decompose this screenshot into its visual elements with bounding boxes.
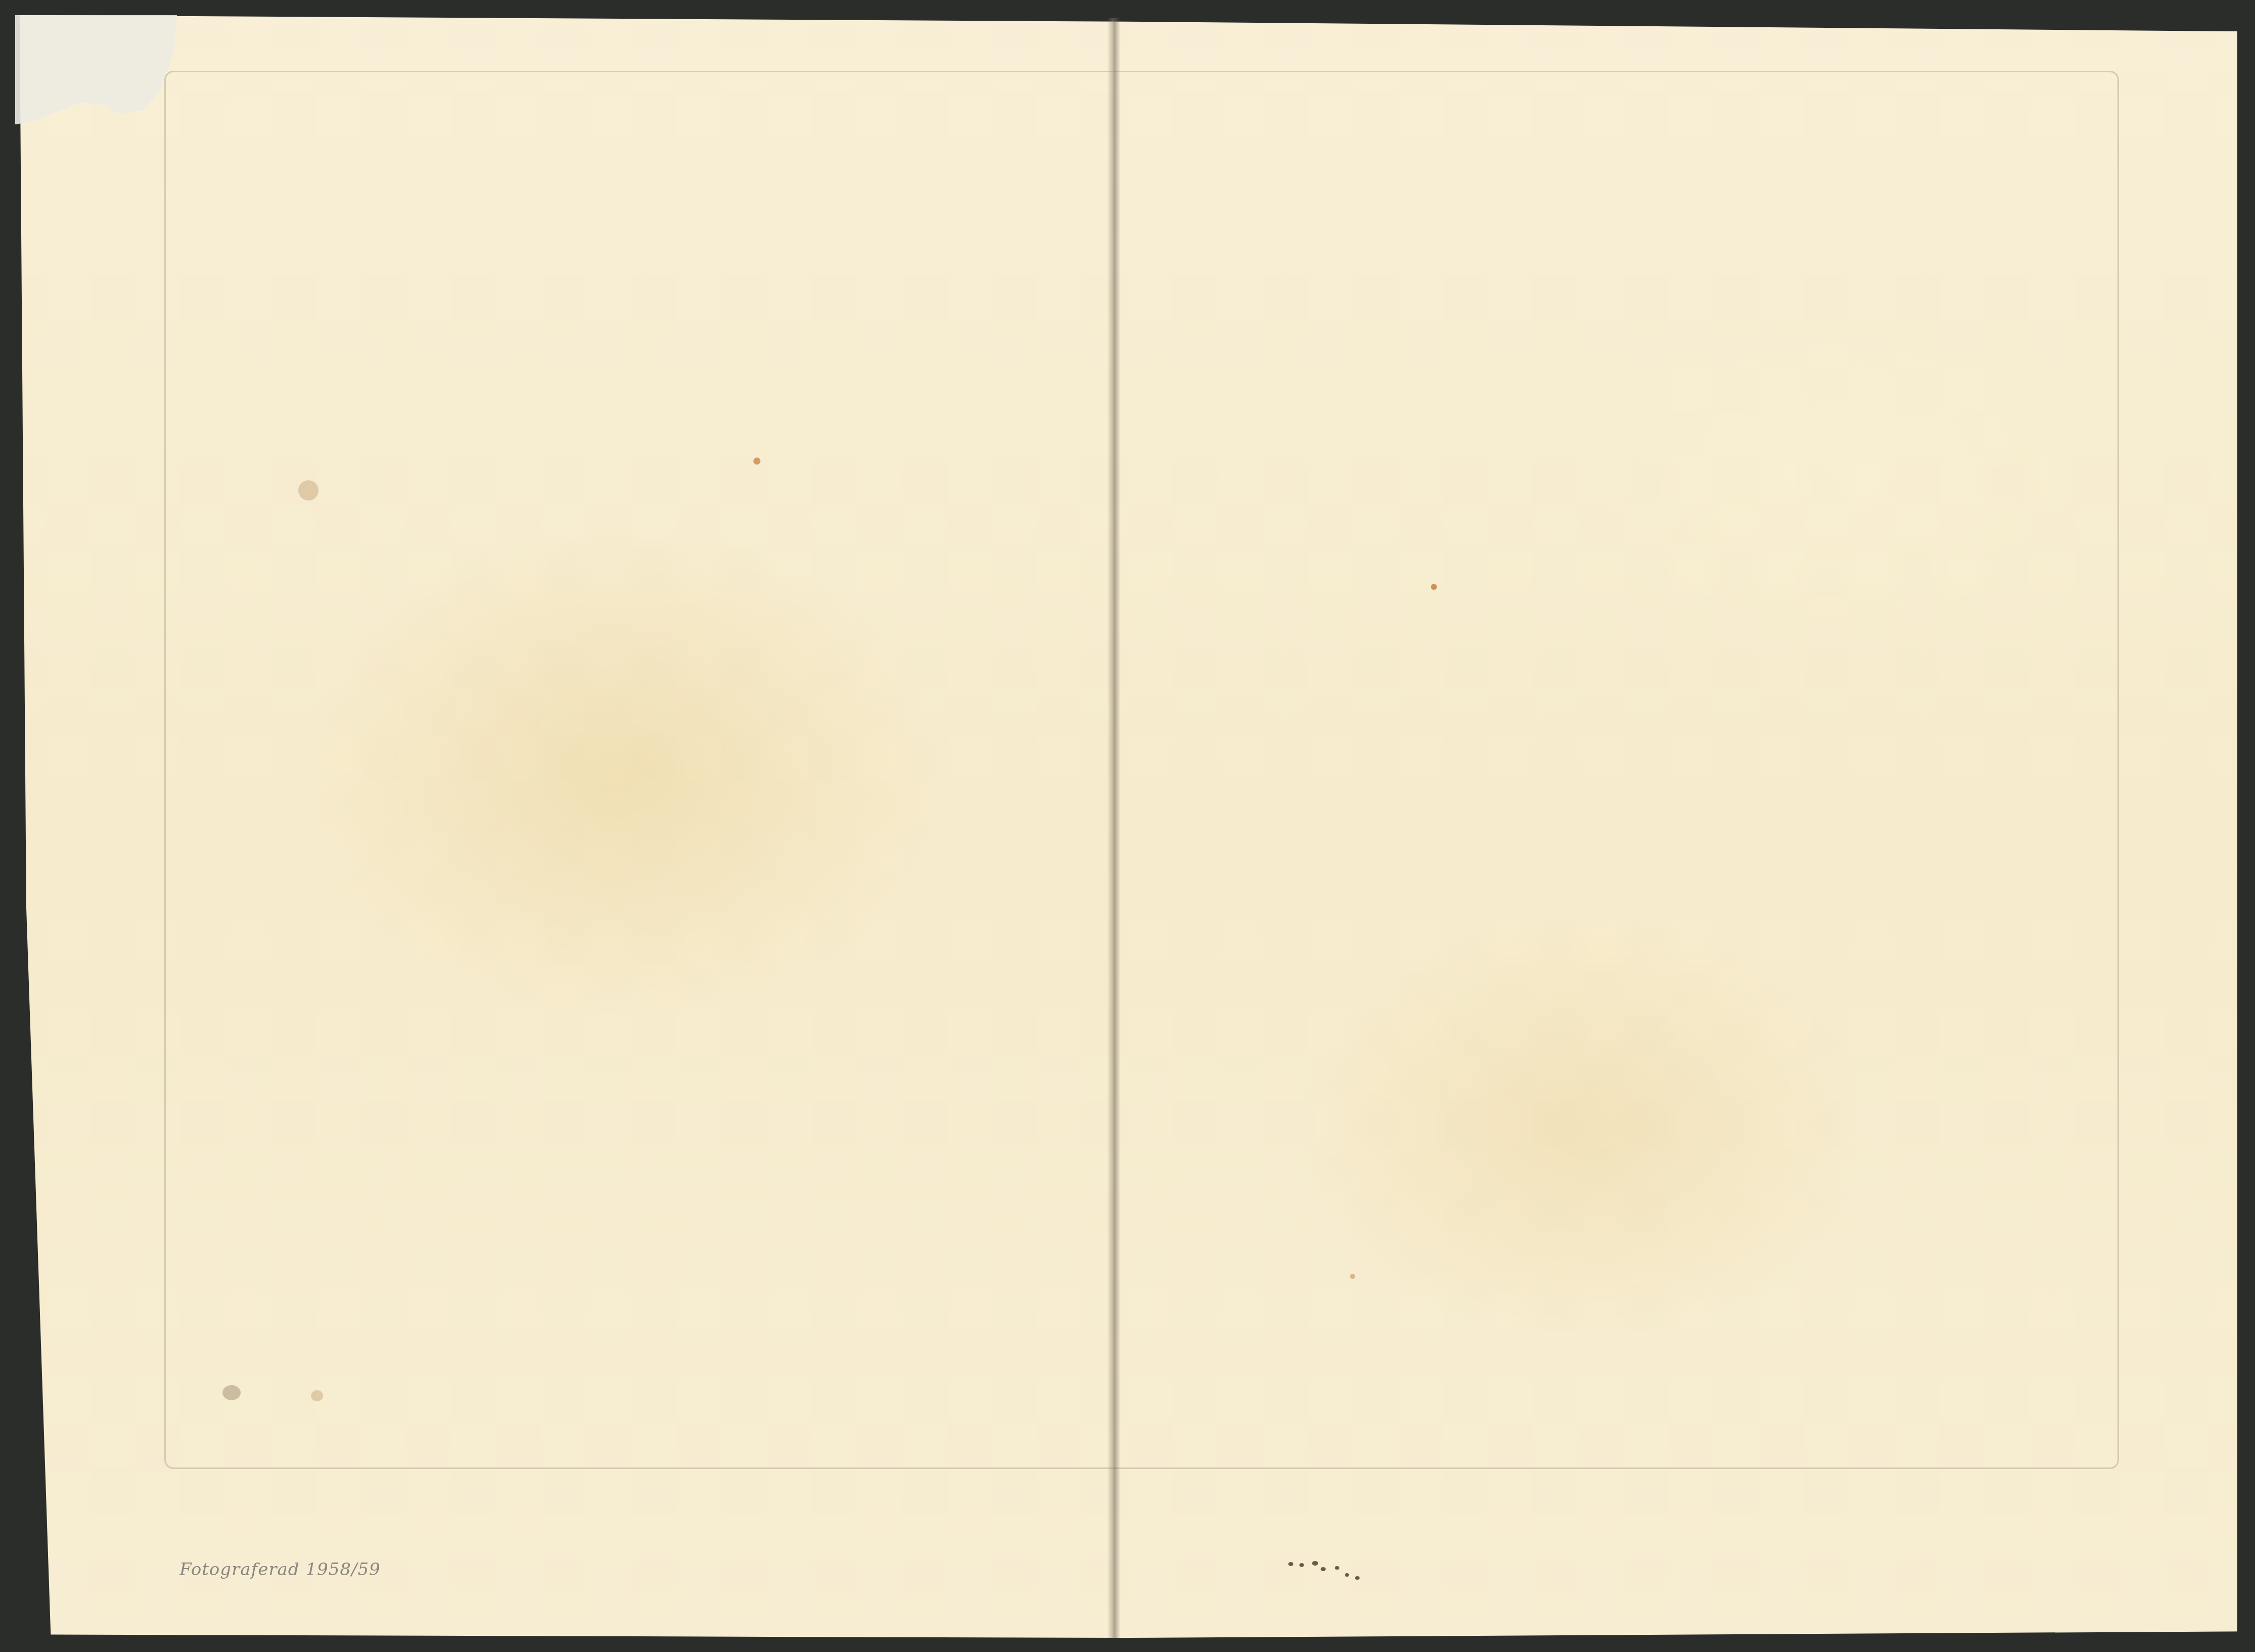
center-fold xyxy=(1107,18,1120,1638)
foxing-spot xyxy=(311,1390,323,1401)
pencil-inscription: Fotograferad 1958/59 xyxy=(179,1559,381,1580)
foxing-spot xyxy=(298,480,319,500)
foxing-spot xyxy=(1350,1274,1355,1279)
plate-mark-border xyxy=(164,71,2119,1469)
foxing-spot xyxy=(222,1385,241,1400)
foxing-spot xyxy=(1431,584,1437,590)
foxing-spot xyxy=(753,457,760,465)
